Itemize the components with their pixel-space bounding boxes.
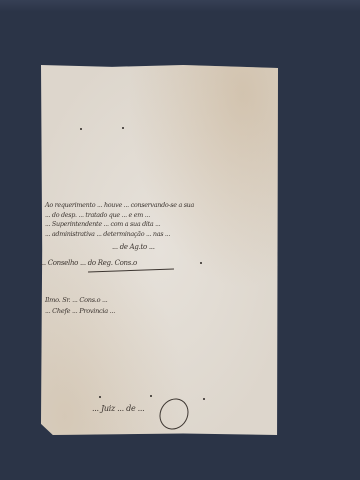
paragraph-2: Ilmo. Sr. ... Cons.o ... ... Chefe ... P…	[45, 295, 115, 317]
paragraph-2-line: ... Chefe ... Provincia ...	[45, 306, 115, 317]
closing-signature: ... Juiz ... de ...	[92, 404, 144, 413]
signature-line-1: ... Conselho ... do Reg. Cons.o	[40, 259, 137, 267]
paper-speck	[80, 128, 82, 130]
paragraph-1-line: ... Superintendente ... com a sua dita .…	[45, 220, 194, 230]
paragraph-2-line: Ilmo. Sr. ... Cons.o ...	[45, 295, 115, 306]
manuscript-page	[41, 65, 278, 435]
paper-speck	[122, 127, 124, 129]
paragraph-1: Ao requerimento ... houve ... conservand…	[45, 201, 194, 239]
date-line: ... de Ag.to ...	[112, 243, 155, 251]
paper-speck	[200, 262, 202, 264]
paragraph-1-line: ... do desp. ... tratado que ... e em ..…	[45, 211, 194, 221]
paragraph-1-line: Ao requerimento ... houve ... conservand…	[45, 201, 194, 211]
paragraph-1-line: ... administrativa ... determinação ... …	[45, 230, 194, 240]
paper-speck	[99, 396, 101, 398]
paper-speck	[203, 398, 205, 400]
scan-background-edge	[0, 0, 360, 12]
paper-speck	[150, 395, 152, 397]
